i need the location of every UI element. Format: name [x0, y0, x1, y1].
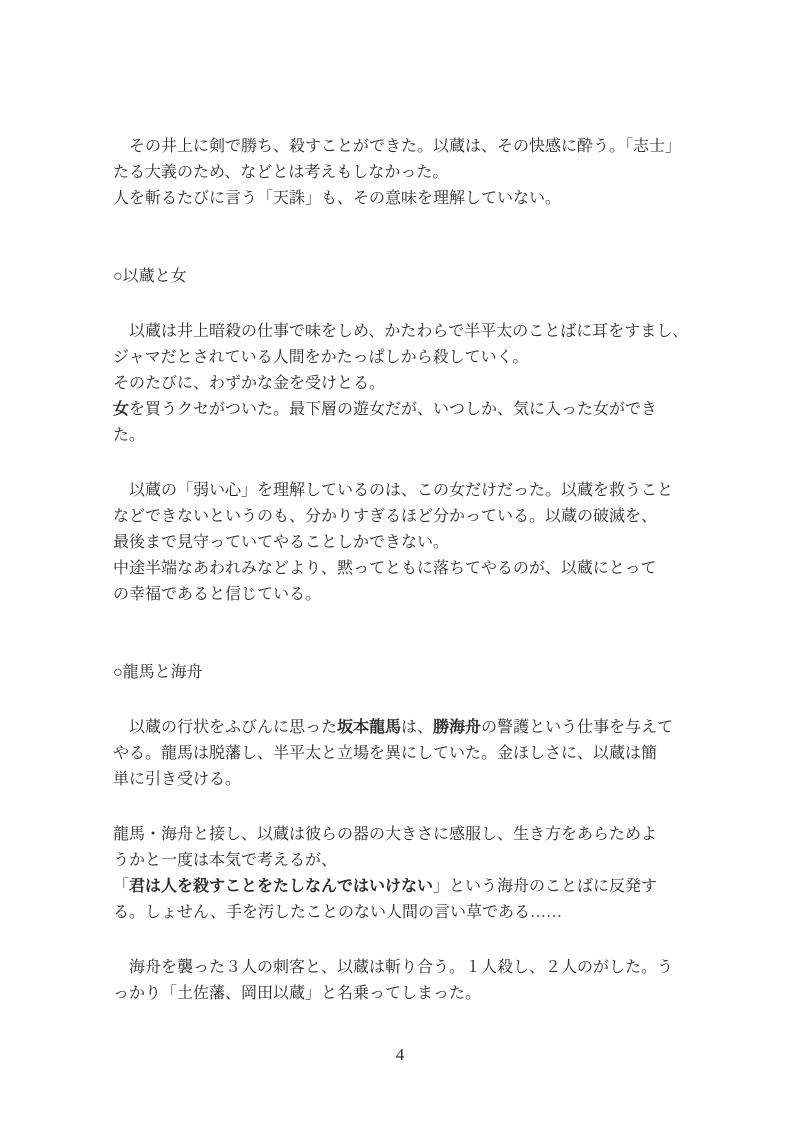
text-line: 女を買うクセがついた。最下層の遊女だが、いつしか、気に入った女ができ — [113, 397, 695, 423]
text-segment: 中途半端なあわれみなどより、黙ってともに落ちてやるのが、以蔵にとって — [113, 560, 657, 577]
text-line: などできないというのも、分かりすぎるほど分かっている。以蔵の破滅を、 — [113, 504, 695, 530]
text-segment: などできないというのも、分かりすぎるほど分かっている。以蔵の破滅を、 — [113, 508, 657, 525]
page-footer: 4 — [0, 1042, 800, 1068]
text-segment: を買うクセがついた。最下層の遊女だが、いつしか、気に入った女ができ — [129, 401, 657, 418]
text-segment: 龍馬・海舟と接し、以蔵は彼らの器の大きさに感服し、生き方をあらためよ — [113, 826, 657, 843]
text-segment: ジャマだとされている人間をかたっぱしから殺していく。 — [113, 349, 528, 366]
text-segment: は、 — [401, 719, 433, 736]
text-line: 海舟を襲った３人の刺客と、以蔵は斬り合う。１人殺し、２人のがした。う — [113, 955, 695, 981]
text-line: 以蔵の「弱い心」を理解しているのは、この女だけだった。以蔵を救うこと — [113, 478, 695, 504]
text-segment: その井上に剣で勝ち、殺すことができた。以蔵は、その快感に酔う。「志士」 — [129, 138, 681, 155]
text-segment: の警護という仕事を与えて — [481, 719, 673, 736]
text-segment: 以蔵の行状をふびんに思った — [129, 719, 337, 736]
text-line: うかと一度は本気で考えるが、 — [113, 848, 695, 874]
text-line: 人を斬るたびに言う「天誅」も、その意味を理解していない。 — [113, 186, 695, 212]
text-segment: ○龍馬と海舟 — [113, 664, 203, 681]
text-line: 以蔵の行状をふびんに思った坂本龍馬は、勝海舟の警護という仕事を与えて — [113, 715, 695, 741]
text-line: る。しょせん、手を汚したことのない人間の言い草である…… — [113, 900, 695, 926]
text-line: た。 — [113, 423, 695, 449]
page-number: 4 — [396, 1045, 405, 1064]
text-segment: 最後まで見守っていてやることしかできない。 — [113, 534, 449, 551]
text-line: 単に引き受ける。 — [113, 767, 695, 793]
text-line: 最後まで見守っていてやることしかできない。 — [113, 530, 695, 556]
text-line: ○以蔵と女 — [113, 264, 695, 290]
text-segment: 」という海舟のことばに反発す — [433, 878, 657, 895]
paragraph-block: 以蔵は井上暗殺の仕事で味をしめ、かたわらで半平太のことばに耳をすまし、ジャマだと… — [113, 319, 695, 449]
paragraph-block: 龍馬・海舟と接し、以蔵は彼らの器の大きさに感服し、生き方をあらためようかと一度は… — [113, 822, 695, 926]
text-line: やる。龍馬は脱藩し、半平太と立場を異にしていた。金ほしさに、以蔵は簡 — [113, 741, 695, 767]
text-segment: ○以蔵と女 — [113, 268, 187, 285]
text-segment: たる大義のため、などとは考えもしなかった。 — [113, 164, 448, 181]
paragraph-block: 以蔵の行状をふびんに思った坂本龍馬は、勝海舟の警護という仕事を与えてやる。龍馬は… — [113, 715, 695, 793]
text-line: 龍馬・海舟と接し、以蔵は彼らの器の大きさに感服し、生き方をあらためよ — [113, 822, 695, 848]
text-line: たる大義のため、などとは考えもしなかった。 — [113, 160, 695, 186]
text-segment: うかと一度は本気で考えるが、 — [113, 852, 337, 869]
document-page: その井上に剣で勝ち、殺すことができた。以蔵は、その快感に酔う。「志士」たる大義の… — [0, 0, 800, 1131]
bold-text-segment: 勝海舟 — [433, 719, 481, 736]
text-segment: 単に引き受ける。 — [113, 771, 241, 788]
text-line: その井上に剣で勝ち、殺すことができた。以蔵は、その快感に酔う。「志士」 — [113, 134, 695, 160]
text-line: っかり「土佐藩、岡田以蔵」と名乗ってしまった。 — [113, 981, 695, 1007]
text-segment: やる。龍馬は脱藩し、半平太と立場を異にしていた。金ほしさに、以蔵は簡 — [113, 745, 657, 762]
text-line: 以蔵は井上暗殺の仕事で味をしめ、かたわらで半平太のことばに耳をすまし、 — [113, 319, 695, 345]
text-segment: そのたびに、わずかな金を受けとる。 — [113, 375, 385, 392]
text-segment: 海舟を襲った３人の刺客と、以蔵は斬り合う。１人殺し、２人のがした。う — [129, 959, 673, 976]
text-line: の幸福であると信じている。 — [113, 582, 695, 608]
text-segment: 人を斬るたびに言う「天誅」も、その意味を理解していない。 — [113, 190, 561, 207]
text-segment: の幸福であると信じている。 — [113, 586, 321, 603]
bold-text-segment: 坂本龍馬 — [337, 719, 401, 736]
text-segment: 以蔵の「弱い心」を理解しているのは、この女だけだった。以蔵を救うこと — [129, 482, 673, 499]
text-segment: た。 — [113, 427, 145, 444]
text-line: 中途半端なあわれみなどより、黙ってともに落ちてやるのが、以蔵にとって — [113, 556, 695, 582]
text-segment: る。しょせん、手を汚したことのない人間の言い草である…… — [113, 904, 562, 921]
text-segment: っかり「土佐藩、岡田以蔵」と名乗ってしまった。 — [113, 985, 481, 1002]
section-heading: ○龍馬と海舟 — [113, 660, 695, 686]
text-line: そのたびに、わずかな金を受けとる。 — [113, 371, 695, 397]
bold-text-segment: 君は人を殺すことをたしなんではいけない — [129, 878, 433, 895]
section-heading: ○以蔵と女 — [113, 264, 695, 290]
document-content: その井上に剣で勝ち、殺すことができた。以蔵は、その快感に酔う。「志士」たる大義の… — [113, 134, 695, 1007]
text-segment: 「 — [113, 878, 129, 895]
bold-text-segment: 女 — [113, 401, 129, 418]
text-segment: 以蔵は井上暗殺の仕事で味をしめ、かたわらで半平太のことばに耳をすまし、 — [129, 323, 688, 340]
paragraph-block: 以蔵の「弱い心」を理解しているのは、この女だけだった。以蔵を救うことなどできない… — [113, 478, 695, 608]
text-line: ○龍馬と海舟 — [113, 660, 695, 686]
paragraph-block: その井上に剣で勝ち、殺すことができた。以蔵は、その快感に酔う。「志士」たる大義の… — [113, 134, 695, 212]
paragraph-block: 海舟を襲った３人の刺客と、以蔵は斬り合う。１人殺し、２人のがした。うっかり「土佐… — [113, 955, 695, 1007]
text-line: ジャマだとされている人間をかたっぱしから殺していく。 — [113, 345, 695, 371]
text-line: 「君は人を殺すことをたしなんではいけない」という海舟のことばに反発す — [113, 874, 695, 900]
